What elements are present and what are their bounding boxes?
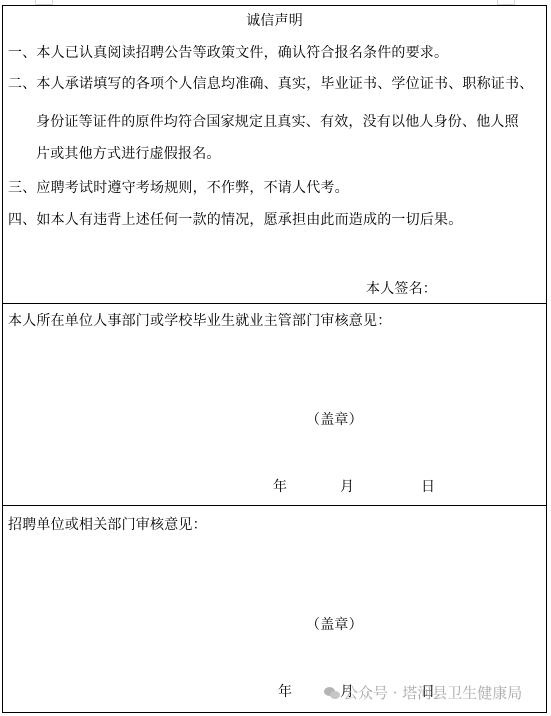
unit-review-section: 本人所在单位人事部门或学校毕业生就业主管部门审核意见： （盖章） 年 月 日 [3,303,546,506]
integrity-statement-section: 诚信声明 一、本人已认真阅读招聘公告等政策文件，确认符合报名条件的要求。 二、本… [3,6,546,303]
signature-label: 本人签名： [366,281,437,297]
recruiter-review-label: 招聘单位或相关部门审核意见： [8,517,207,533]
watermark-text: 公众号 · 塔河县卫生健康局 [343,684,522,702]
recruiter-review-year: 年 [278,684,292,700]
clause-4: 四、如本人有违背上述任何一款的情况，愿承担由此而造成的一切后果。 [8,212,462,228]
recruiter-review-seal: （盖章） [306,617,363,633]
unit-review-seal: （盖章） [306,412,363,428]
clause-3: 三、应聘考试时遵守考场规则，不作弊，不请人代考。 [8,180,349,196]
clause-2-line-1: 二、本人承诺填写的各项个人信息均准确、真实，毕业证书、学位证书、职称证书、 [8,76,533,92]
integrity-declaration-form: 诚信声明 一、本人已认真阅读招聘公告等政策文件，确认符合报名条件的要求。 二、本… [2,5,547,713]
clause-2-line-3: 片或其他方式进行虚假报名。 [36,146,221,162]
clause-1: 一、本人已认真阅读招聘公告等政策文件，确认符合报名条件的要求。 [8,45,448,61]
unit-review-year: 年 [273,479,287,495]
form-title: 诚信声明 [3,13,546,29]
unit-review-label: 本人所在单位人事部门或学校毕业生就业主管部门审核意见： [8,313,391,329]
clause-2-line-2: 身份证等证件的原件均符合国家规定且真实、有效，没有以他人身份、他人照 [36,114,519,130]
wechat-icon [324,687,340,700]
unit-review-month: 月 [340,479,354,495]
unit-review-day: 日 [421,479,435,495]
recruiter-review-section: 招聘单位或相关部门审核意见： （盖章） 年 月 日 [3,505,546,713]
watermark: 公众号 · 塔河县卫生健康局 [324,684,522,702]
